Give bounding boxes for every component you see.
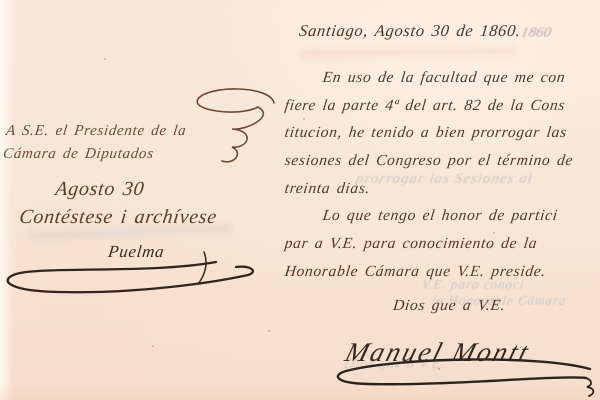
margin-order-note: Contéstese i archívese <box>18 206 218 229</box>
addressee-line-2: Cámara de Diputados <box>2 146 155 163</box>
manuscript-scan: prorrogar las Sesiones al V.E. para cono… <box>0 0 600 400</box>
paper-speck <box>104 58 106 60</box>
signature-name: Manuel Montt <box>342 337 535 368</box>
body-line: fiere la parte 4ª del art. 82 de la Cons <box>283 92 600 120</box>
clerk-flourish <box>0 248 262 300</box>
valediction: Dios gue a V.E. <box>392 297 506 315</box>
signature-block: Manuel Montt <box>330 333 598 397</box>
scan-left-edge-highlight <box>0 0 14 400</box>
dateline: Santiago, Agosto 30 de 1860. <box>298 21 522 41</box>
body-line: titucion, he tenido a bien prorrogar las <box>283 119 600 147</box>
body-line: treinta dias. <box>283 175 600 203</box>
dateline-ghost: 1860 <box>520 25 553 42</box>
paper-speck <box>268 330 270 332</box>
body-line: En uso de la facultad que me con <box>283 64 600 92</box>
margin-date-note: Agosto 30 <box>54 178 146 201</box>
rubric-paraph-flourish <box>182 77 288 173</box>
ink-bleed-streak <box>300 46 515 59</box>
paper-speck <box>152 345 154 347</box>
addressee-line-1: A S.E. el Presidente de la <box>5 123 187 140</box>
body-line: par a V.E. para conocimiento de la <box>283 230 600 258</box>
body-line: Honorable Cámara que V.E. preside. <box>283 258 600 286</box>
letter-body: En uso de la facultad que me con fiere l… <box>283 64 598 286</box>
body-line: Lo que tengo el honor de partici <box>283 202 600 230</box>
body-line: sesiones del Congreso por el término de <box>283 147 600 175</box>
